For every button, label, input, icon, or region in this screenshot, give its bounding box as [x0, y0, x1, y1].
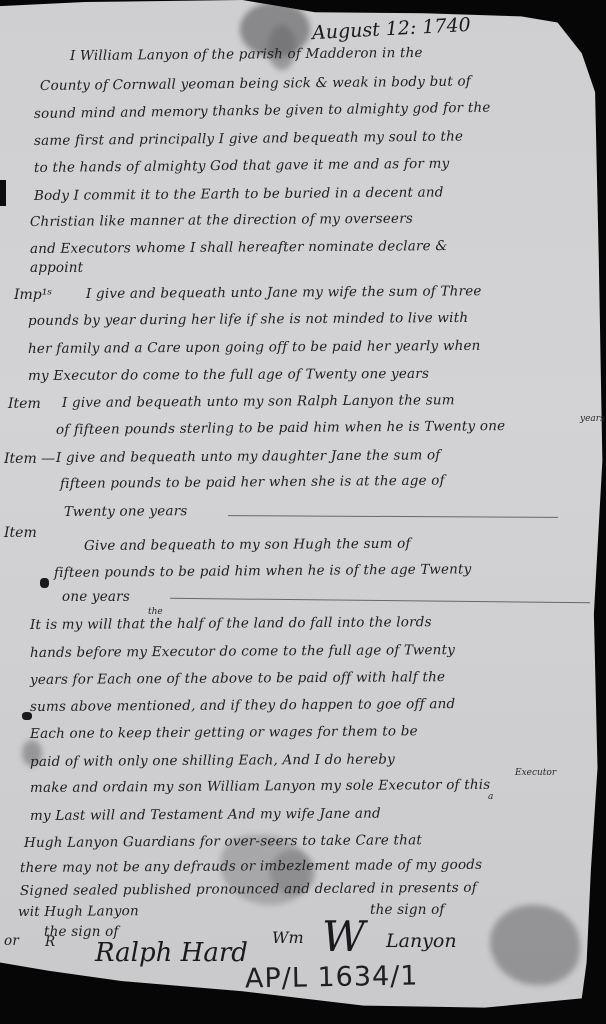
- testator-signature-name: Lanyon: [386, 932, 457, 951]
- interlinear-word: Executor: [515, 768, 556, 778]
- text-line: my Executor do come to the full age of T…: [28, 368, 429, 384]
- wax-seal-remnant: [490, 905, 580, 985]
- text-line: Each one to keep their getting or wages …: [30, 725, 418, 741]
- interlinear-word: a: [488, 792, 493, 802]
- text-line: her family and a Care upon going off to …: [28, 340, 481, 357]
- text-line: and Executors whome I shall hereafter no…: [30, 240, 448, 256]
- text-line: Twenty one years: [64, 505, 188, 519]
- witness-note: R: [45, 936, 55, 950]
- text-line: one years: [62, 591, 130, 605]
- archive-reference: AP/L 1634/1: [245, 960, 419, 994]
- text-line: there may not be any defrauds or imbezle…: [20, 859, 482, 876]
- text-line: Give and bequeath to my son Hugh the sum…: [84, 538, 411, 554]
- text-line: pounds by year during her life if she is…: [28, 312, 468, 329]
- binding-mark: [0, 180, 6, 206]
- witness-signature: Ralph Hard: [95, 940, 248, 966]
- text-line: make and ordain my son William Lanyon my…: [30, 779, 490, 796]
- text-line: Christian like manner at the direction o…: [30, 213, 413, 230]
- text-line: hands before my Executor do come to the …: [30, 644, 455, 660]
- margin-label: Imp¹ˢ: [14, 288, 52, 302]
- text-line: sums above mentioned, and if they do hap…: [30, 698, 455, 714]
- witness-note: or: [4, 935, 19, 949]
- text-line: my Last will and Testament And my wife J…: [30, 808, 381, 824]
- margin-label: Item: [8, 397, 41, 411]
- text-line: Hugh Lanyon Guardians for over-seers to …: [24, 834, 422, 850]
- text-line: wit Hugh Lanyon: [18, 905, 139, 919]
- text-line: It is my will that the half of the land …: [30, 616, 432, 632]
- ink-blot: [40, 578, 49, 588]
- witness-note: the sign of: [370, 904, 445, 918]
- text-line: paid of with only one shilling Each, And…: [30, 753, 395, 769]
- text-line: fifteen pounds to be paid her when she i…: [60, 475, 445, 492]
- text-line: Body I commit it to the Earth to be buri…: [34, 186, 444, 203]
- testator-signature-prefix: Wm: [272, 930, 304, 946]
- text-line: years for Each one of the above to be pa…: [30, 671, 445, 687]
- margin-label: Item: [4, 526, 37, 540]
- interlinear-word: years: [580, 414, 605, 424]
- text-line: Signed sealed published pronounced and d…: [20, 882, 477, 899]
- text-line: appoint: [30, 262, 83, 276]
- text-line: I give and bequeath unto Jane my wife th…: [86, 285, 482, 301]
- text-line: I give and bequeath unto my daughter Jan…: [56, 449, 441, 465]
- interlinear-word: the: [148, 607, 163, 617]
- text-line: I give and bequeath unto my son Ralph La…: [62, 394, 455, 410]
- testator-mark: W: [322, 916, 365, 958]
- text-line: I William Lanyon of the parish of Madder…: [70, 47, 423, 64]
- margin-label: Item —: [4, 452, 55, 466]
